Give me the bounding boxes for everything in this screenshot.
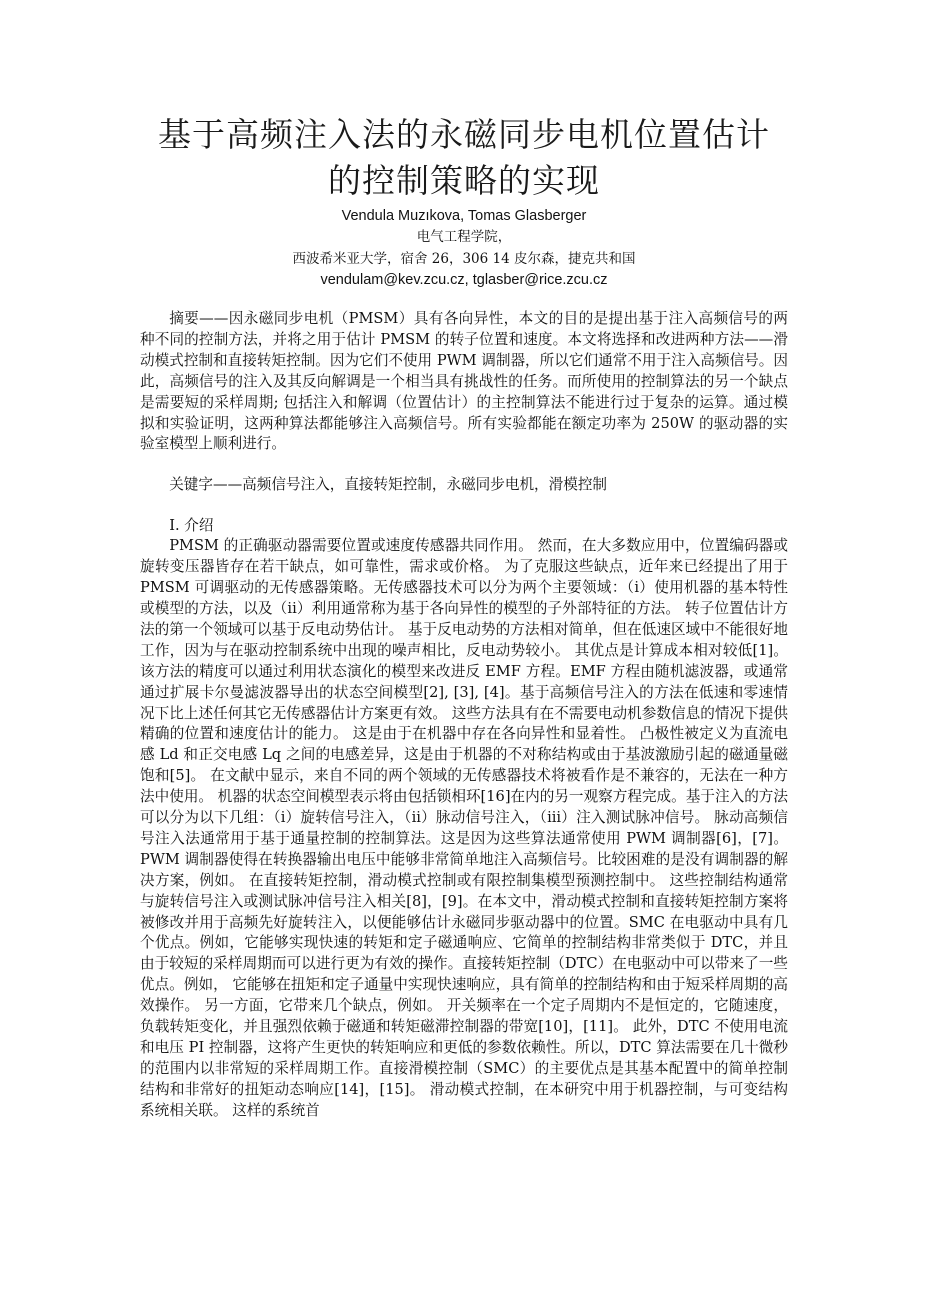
affiliation-address: 西波希米亚大学，宿舍 26，306 14 皮尔森，捷克共和国 (140, 248, 788, 270)
abstract: 摘要——因永磁同步电机（PMSM）具有各向异性，本文的目的是提出基于注入高频信号… (140, 309, 788, 455)
affiliation-department: 电气工程学院， (140, 226, 788, 248)
section-heading-introduction: I. 介绍 (140, 515, 788, 536)
authors: Vendula Muzıkova, Tomas Glasberger (140, 206, 788, 226)
title-line-2: 的控制策略的实现 (140, 158, 788, 204)
title-line-1: 基于高频注入法的永磁同步电机位置估计 (140, 112, 788, 158)
author-emails: vendulam@kev.zcu.cz, tglasber@rice.zcu.c… (140, 270, 788, 290)
introduction-paragraph: PMSM 的正确驱动器需要位置或速度传感器共同作用。 然而，在大多数应用中，位置… (140, 536, 788, 1121)
paper-title: 基于高频注入法的永磁同步电机位置估计 的控制策略的实现 (140, 112, 788, 204)
keywords: 关键字——高频信号注入，直接转矩控制，永磁同步电机，滑模控制 (140, 475, 788, 496)
paper-page: 基于高频注入法的永磁同步电机位置估计 的控制策略的实现 Vendula Muzı… (140, 112, 788, 1122)
